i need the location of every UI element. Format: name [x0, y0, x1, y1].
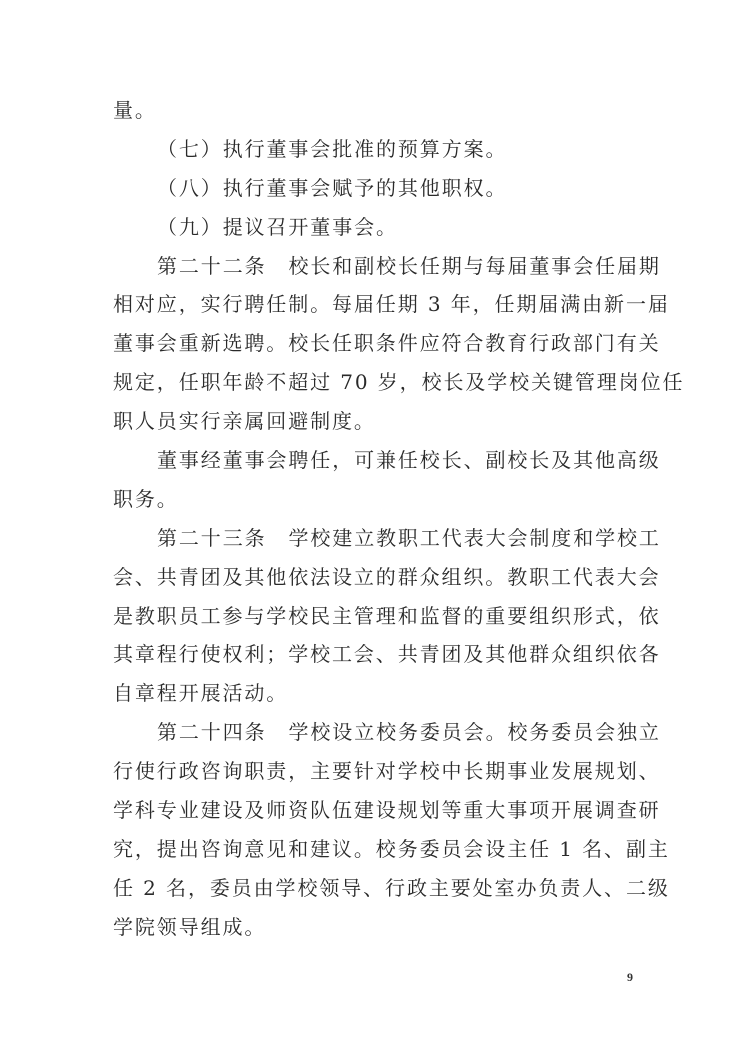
article-22-heading-line: 第二十二条校长和副校长任期与每届董事会任届期	[113, 252, 637, 291]
body-text: 量。 （七）执行董事会批准的预算方案。 （八）执行董事会赋予的其他职权。 （九）…	[113, 96, 643, 952]
page-number: 9	[627, 970, 633, 985]
text-line: 职人员实行亲属回避制度。	[113, 407, 643, 446]
line-text: （八）执行董事会赋予的其他职权。	[157, 176, 507, 200]
line-text: 职务。	[113, 487, 179, 511]
list-item-9: （九）提议召开董事会。	[113, 213, 643, 252]
line-text: 会、共青团及其他依法设立的群众组织。教职工代表大会	[113, 565, 661, 589]
line-text: （九）提议召开董事会。	[157, 215, 398, 239]
article-number: 第二十二条	[157, 254, 267, 278]
text-line: 学科专业建设及师资队伍建设规划等重大事项开展调查研	[113, 796, 637, 835]
line-text: 行使行政咨询职责，主要针对学校中长期事业发展规划、	[113, 759, 661, 783]
document-page: 量。 （七）执行董事会批准的预算方案。 （八）执行董事会赋予的其他职权。 （九）…	[0, 0, 749, 1061]
line-text: 量。	[113, 98, 157, 122]
text-line: 相对应，实行聘任制。每届任期 3 年，任期届满由新一届	[113, 290, 637, 329]
text-line: 会、共青团及其他依法设立的群众组织。教职工代表大会	[113, 563, 637, 602]
line-text: （七）执行董事会批准的预算方案。	[157, 137, 507, 161]
line-text: 规定，任职年龄不超过 70 岁，校长及学校关键管理岗位任	[113, 370, 684, 394]
text-line: 行使行政咨询职责，主要针对学校中长期事业发展规划、	[113, 757, 637, 796]
text-line: 任 2 名，委员由学校领导、行政主要处室办负责人、二级	[113, 874, 637, 913]
article-number: 第二十三条	[157, 526, 267, 550]
text-line: 是教职员工参与学校民主管理和监督的重要组织形式，依	[113, 602, 637, 641]
text-line: 职务。	[113, 485, 643, 524]
line-text: 自章程开展活动。	[113, 681, 288, 705]
line-text: 任 2 名，委员由学校领导、行政主要处室办负责人、二级	[113, 876, 670, 900]
line-text: 其章程行使权利；学校工会、共青团及其他群众组织依各	[113, 642, 661, 666]
line-text: 董事会重新选聘。校长任职条件应符合教育行政部门有关	[113, 331, 661, 355]
text-line: 其章程行使权利；学校工会、共青团及其他群众组织依各	[113, 640, 637, 679]
line-text: 是教职员工参与学校民主管理和监督的重要组织形式，依	[113, 604, 661, 628]
text-line: 量。	[113, 96, 643, 135]
text-line: 自章程开展活动。	[113, 679, 643, 718]
line-text: 学校建立教职工代表大会制度和学校工	[289, 526, 661, 550]
article-24-heading-line: 第二十四条学校设立校务委员会。校务委员会独立	[113, 718, 637, 757]
text-line: 学院领导组成。	[113, 913, 643, 952]
line-text: 学院领导组成。	[113, 915, 266, 939]
line-text: 究，提出咨询意见和建议。校务委员会设主任 1 名、副主	[113, 837, 670, 861]
line-text: 相对应，实行聘任制。每届任期 3 年，任期届满由新一届	[113, 292, 670, 316]
paragraph-directors-line: 董事经董事会聘任，可兼任校长、副校长及其他高级	[113, 446, 637, 485]
line-text: 学校设立校务委员会。校务委员会独立	[289, 720, 661, 744]
article-23-heading-line: 第二十三条学校建立教职工代表大会制度和学校工	[113, 524, 637, 563]
line-text: 校长和副校长任期与每届董事会任届期	[289, 254, 661, 278]
text-line: 董事会重新选聘。校长任职条件应符合教育行政部门有关	[113, 329, 637, 368]
line-text: 职人员实行亲属回避制度。	[113, 409, 376, 433]
list-item-8: （八）执行董事会赋予的其他职权。	[113, 174, 643, 213]
line-text: 学科专业建设及师资队伍建设规划等重大事项开展调查研	[113, 798, 661, 822]
article-number: 第二十四条	[157, 720, 267, 744]
list-item-7: （七）执行董事会批准的预算方案。	[113, 135, 643, 174]
text-line: 究，提出咨询意见和建议。校务委员会设主任 1 名、副主	[113, 835, 637, 874]
line-text: 董事经董事会聘任，可兼任校长、副校长及其他高级	[157, 448, 661, 472]
text-line: 规定，任职年龄不超过 70 岁，校长及学校关键管理岗位任	[113, 368, 637, 407]
